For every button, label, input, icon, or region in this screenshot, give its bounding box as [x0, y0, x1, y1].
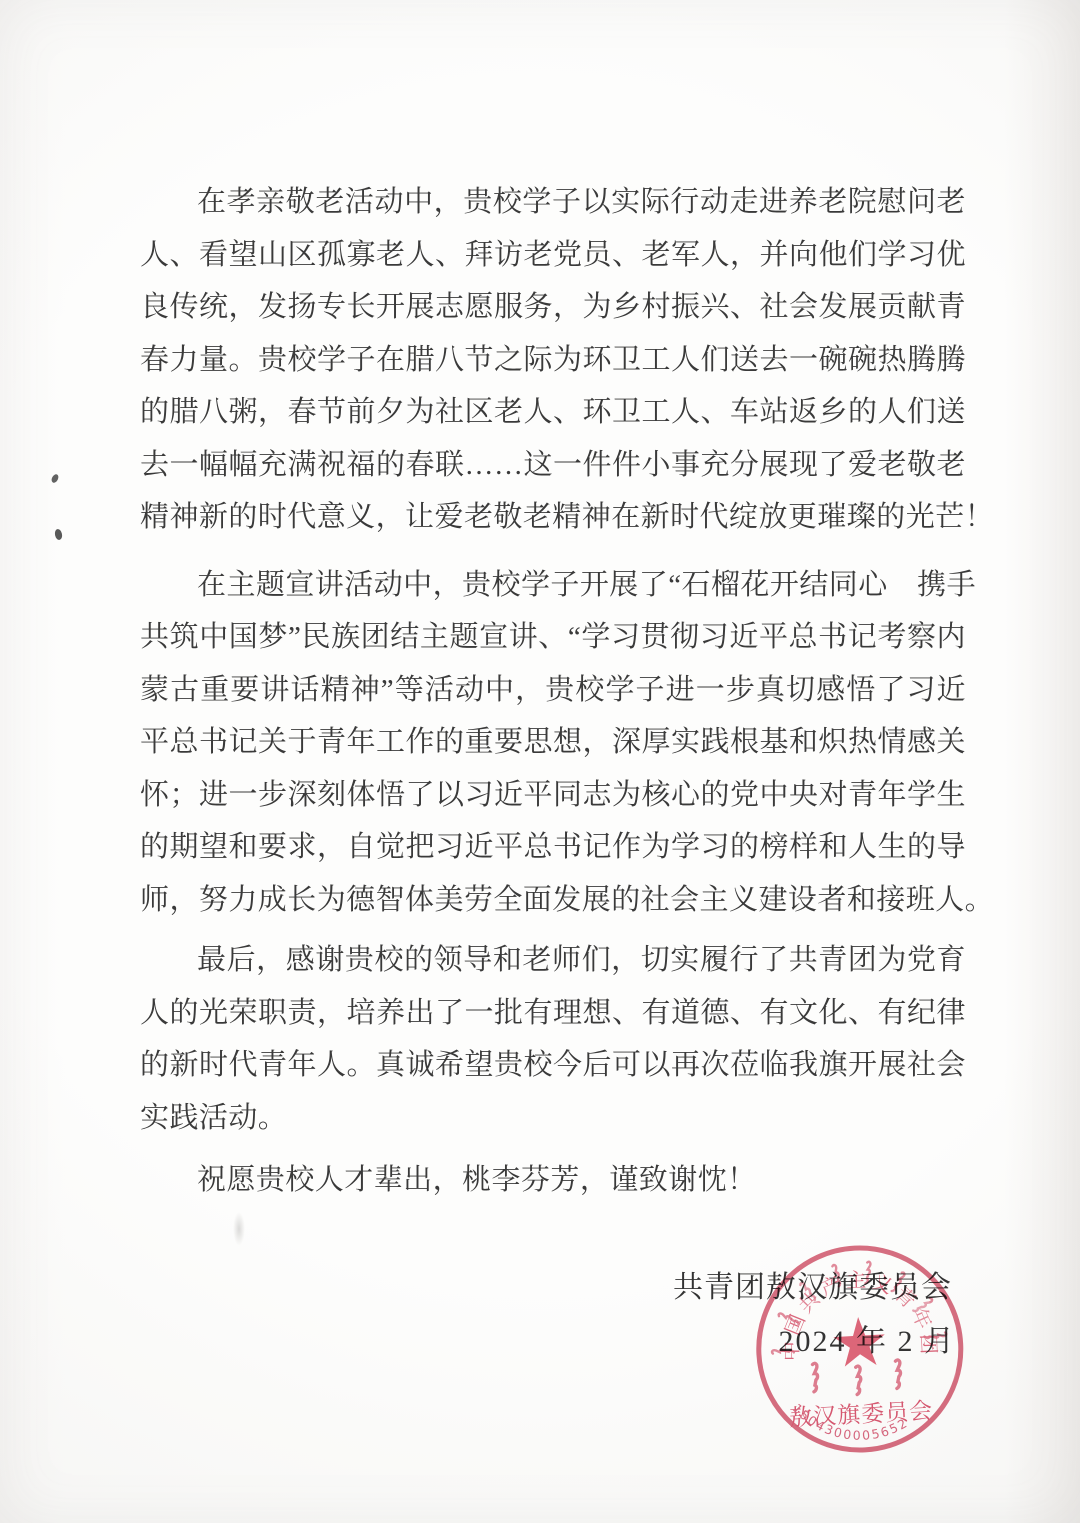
text-line: 祝愿贵校人才辈出，桃李芬芳，谨致谢忱！	[140, 1154, 966, 1207]
text-line: 最后，感谢贵校的领导和老师们，切实履行了共青团为党育	[140, 934, 966, 987]
scan-speck	[50, 473, 60, 484]
mongolian-script-row	[812, 1359, 901, 1397]
text-line: 去一幅幅充满祝福的春联……这一件件小事充分展现了爱老敬老	[140, 439, 966, 492]
text-line: 人、看望山区孤寡老人、拜访老党员、老军人，并向他们学习优	[140, 229, 966, 282]
paragraph-filial-activities: 在孝亲敬老活动中，贵校学子以实际行动走进养老院慰问老 人、看望山区孤寡老人、拜访…	[140, 176, 966, 544]
text-line: 实践活动。	[140, 1092, 966, 1145]
text-line: 在主题宣讲活动中，贵校学子开展了“石榴花开结同心 携手	[140, 559, 966, 612]
scanned-letter-page: 在孝亲敬老活动中，贵校学子以实际行动走进养老院慰问老 人、看望山区孤寡老人、拜访…	[0, 0, 1080, 1523]
paragraph-thanks: 最后，感谢贵校的领导和老师们，切实履行了共青团为党育 人的光荣职责，培养出了一批…	[140, 934, 966, 1144]
letter-body: 在孝亲敬老活动中，贵校学子以实际行动走进养老院慰问老 人、看望山区孤寡老人、拜访…	[140, 176, 966, 1207]
text-line: 精神新的时代意义，让爱老敬老精神在新时代绽放更璀璨的光芒！	[140, 491, 966, 544]
text-line: 在孝亲敬老活动中，贵校学子以实际行动走进养老院慰问老	[140, 176, 966, 229]
text-line: 怀；进一步深刻体悟了以习近平同志为核心的党中央对青年学生	[140, 769, 966, 822]
text-line: 春力量。贵校学子在腊八节之际为环卫工人们送去一碗碗热腾腾	[140, 334, 966, 387]
official-seal: 中国共产主义青年团 敖汉旗委员会 1504300005652	[737, 1230, 983, 1476]
paragraph-closing-wish: 祝愿贵校人才辈出，桃李芬芳，谨致谢忱！	[140, 1154, 966, 1207]
text-line: 的新时代青年人。真诚希望贵校今后可以再次莅临我旗开展社会	[140, 1039, 966, 1092]
text-line: 良传统，发扬专长开展志愿服务，为乡村振兴、社会发展贡献青	[140, 281, 966, 334]
text-line: 师，努力成长为德智体美劳全面发展的社会主义建设者和接班人。	[140, 874, 966, 927]
paragraph-theme-lectures: 在主题宣讲活动中，贵校学子开展了“石榴花开结同心 携手 共筑中国梦”民族团结主题…	[140, 559, 966, 927]
text-line: 人的光荣职责，培养出了一批有理想、有道德、有文化、有纪律	[140, 987, 966, 1040]
text-line: 的腊八粥，春节前夕为社区老人、环卫工人、车站返乡的人们送	[140, 386, 966, 439]
scan-speck	[54, 528, 63, 540]
text-line: 的期望和要求，自觉把习近平总书记作为学习的榜样和人生的导	[140, 821, 966, 874]
scan-smudge	[233, 1212, 245, 1246]
text-line: 蒙古重要讲话精神”等活动中，贵校学子进一步真切感悟了习近	[140, 664, 966, 717]
star-icon	[832, 1316, 886, 1367]
text-line: 平总书记关于青年工作的重要思想，深厚实践根基和炽热情感关	[140, 716, 966, 769]
text-line: 共筑中国梦”民族团结主题宣讲、“学习贯彻习近平总书记考察内	[140, 611, 966, 664]
